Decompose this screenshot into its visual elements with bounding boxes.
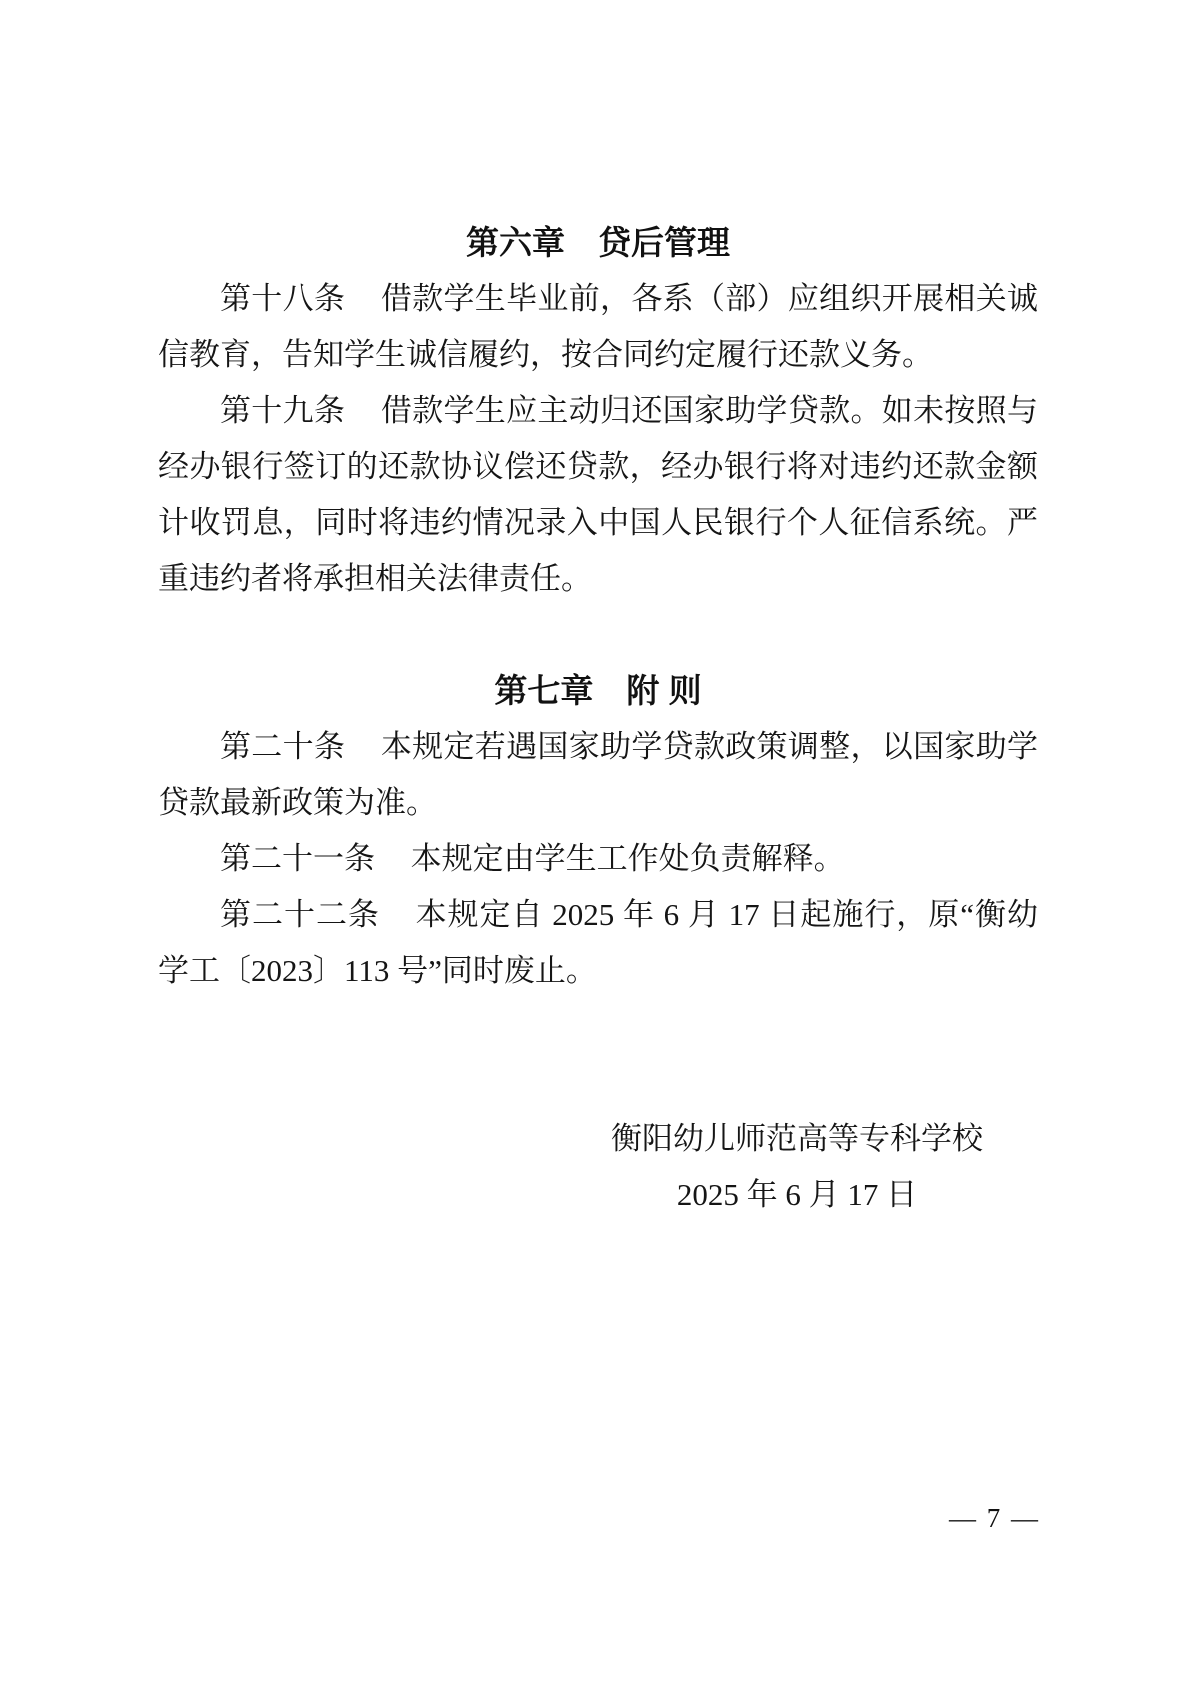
chapter-7-title: 附 则 [626,672,701,709]
article-19-paragraph: 第十九条借款学生应主动归还国家助学贷款。如未按照与经办银行签订的还款协议偿还贷款… [158,383,1038,607]
signature-issuer: 衡阳幼儿师范高等专科学校 [611,1111,983,1167]
article-20-label: 第二十条 [220,729,345,764]
chapter-6-title: 贷后管理 [598,224,730,261]
article-21-label: 第二十一条 [220,841,375,876]
article-18-label: 第十八条 [220,281,345,316]
article-21-paragraph: 第二十一条本规定由学生工作处负责解释。 [158,831,1038,887]
chapter-6-label: 第六章 [466,224,565,261]
chapter-7-label: 第七章 [494,672,593,709]
chapter-7-section: 第七章附 则 第二十条本规定若遇国家助学贷款政策调整，以国家助学贷款最新政策为准… [158,663,1038,999]
signature-date: 2025 年 6 月 17 日 [677,1167,917,1223]
article-21-text: 本规定由学生工作处负责解释。 [411,841,845,876]
signature-block: 衡阳幼儿师范高等专科学校 2025 年 6 月 17 日 [611,1111,983,1223]
article-22-paragraph: 第二十二条本规定自 2025 年 6 月 17 日起施行，原“衡幼学工〔2023… [158,887,1038,999]
article-22-label: 第二十二条 [220,897,380,932]
article-18-paragraph: 第十八条借款学生毕业前，各系（部）应组织开展相关诚信教育，告知学生诚信履约，按合… [158,271,1038,383]
chapter-6-section: 第六章贷后管理 第十八条借款学生毕业前，各系（部）应组织开展相关诚信教育，告知学… [158,215,1038,607]
document-page: 第六章贷后管理 第十八条借款学生毕业前，各系（部）应组织开展相关诚信教育，告知学… [0,0,1191,1684]
article-19-label: 第十九条 [220,393,345,428]
article-20-paragraph: 第二十条本规定若遇国家助学贷款政策调整，以国家助学贷款最新政策为准。 [158,719,1038,831]
page-number: — 7 — [949,1502,1040,1534]
chapter-7-heading: 第七章附 则 [158,663,1038,719]
chapter-6-heading: 第六章贷后管理 [158,215,1038,271]
